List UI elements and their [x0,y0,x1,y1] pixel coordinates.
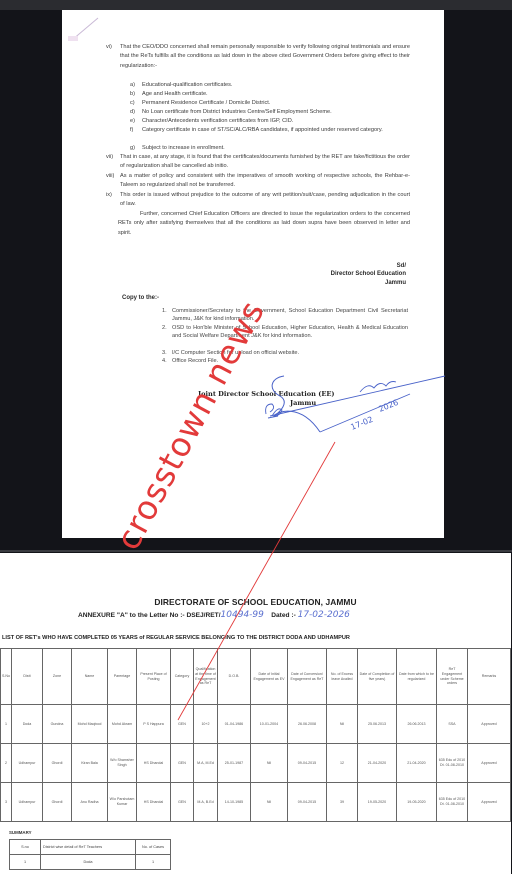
table-cell: Gundna [43,705,72,744]
table-cell: GEN [171,744,194,783]
letter-number-handwritten: 10494-99 [221,610,264,620]
table-cell: Nil [327,705,358,744]
column-header: Present Place of Posting [137,649,171,705]
sub-item-e: e)Character/Antecedents verification cer… [142,117,412,126]
viewer-top-bar [0,0,512,10]
column-header: D.O.B. [218,649,251,705]
further-paragraph: Further, concerned Chief Education Offic… [118,210,410,238]
table-cell: 1 [1,705,12,744]
table-cell: 09-04-2015 [288,744,327,783]
dated-label: Dated :- [271,612,296,619]
table-cell: Mohd Maqbool [72,705,108,744]
sub-item-g: g)Subject to increase in enrollment. [142,144,412,153]
table-cell: Anu Radha [72,783,108,822]
column-header: Date of Initial Engagement as EV [251,649,288,705]
sub-item-d: d)No Loan certificate from District Indu… [142,108,412,117]
summary-cell: District wise detail of ReT Teachers [41,840,136,855]
column-header: Remarks [468,649,511,705]
table-cell: 26.06.2008 [288,705,327,744]
copy-to-item-1: 1.Commissioner/Secretary to the Governme… [172,307,408,323]
table-cell: Mohd Akram [108,705,137,744]
annexure-letter-line: ANNEXURE "A" to the Letter No :- DSEJ/RE… [78,610,350,620]
column-header: Qualification at the time of Engagement … [194,649,218,705]
column-header: Name [72,649,108,705]
table-cell: 21-04-2020 [358,744,397,783]
copy-to-item-2: 2.OSD to Hon'ble Minister of School Educ… [172,324,408,340]
summary-cell: No. of Cases [136,840,171,855]
table-cell: 635 Edu of 2010 Dt. 01-08-2010 [437,783,468,822]
sd-mark: Sd/ [331,262,406,270]
summary-row: S.noDistrict wise detail of ReT Teachers… [10,840,171,855]
table-cell: GEN [171,705,194,744]
sub-item-c: c)Permanent Residence Certificate / Domi… [142,99,412,108]
summary-table: S.noDistrict wise detail of ReT Teachers… [9,839,171,870]
svg-text:2026: 2026 [377,398,399,414]
table-cell: 10-01-2004 [251,705,288,744]
table-cell: GEN [171,783,194,822]
summary-cell: 1 [136,855,171,870]
summary-title: SUMMARY [9,830,32,835]
table-cell: Udhampur [12,783,43,822]
table-cell: 12 [327,744,358,783]
annexure-label: ANNEXURE "A" to the Letter No :- DSEJ/RE… [78,612,221,619]
table-cell: M.A, M.Ed [194,744,218,783]
table-cell: Approved [468,744,511,783]
sub-item-b: b)Age and Health certificate. [142,90,412,99]
table-row: 1DodaGundnaMohd MaqboolMohd AkramP S Hap… [1,705,511,744]
initials-icon [262,398,286,422]
table-cell: P S Happura [137,705,171,744]
summary-cell: Doda [41,855,136,870]
table-cell: 10+2 [194,705,218,744]
column-header: ReT Engagement under Scheme orders [437,649,468,705]
column-header: Date of Conversion/ Engagement as ReT [288,649,327,705]
table-cell: M.A, B.Ed [194,783,218,822]
condition-item-viii: viii)As a matter of policy and consisten… [120,172,410,191]
table-cell: Approved [468,783,511,822]
annexure-title: DIRECTORATE OF SCHOOL EDUCATION, JAMMU [0,597,511,607]
sub-item-a: a)Educational-qualification certificates… [142,81,412,90]
table-cell: HS Dhandal [137,783,171,822]
column-header: Date from which to be regularized [397,649,437,705]
table-cell: 3 [1,783,12,822]
table-cell: 39 [327,783,358,822]
table-row: 3UdhampurGhordiAnu RadhaW/o Parshotam Ku… [1,783,511,822]
table-cell: W/o Parshotam Kumar [108,783,137,822]
column-header: Category [171,649,194,705]
condition-item-ix: ix)This order is issued without prejudic… [120,191,410,210]
table-cell: 26.06.2013 [397,705,437,744]
copy-to-heading: Copy to the:- [122,295,159,301]
summary-cell: S.no [10,840,41,855]
column-header: Distt [12,649,43,705]
director-designation: Director School Education [331,270,406,278]
table-cell: Kiran Bala [72,744,108,783]
column-header: Parentage [108,649,137,705]
list-title: LIST OF RET's WHO HAVE COMPLETED 05 YEAR… [2,635,350,641]
column-header: S.No [1,649,12,705]
table-cell: 25-01-1987 [218,744,251,783]
condition-item-vi: vi)That the CEO/DDO concerned shall rema… [120,43,410,71]
table-cell: HS Dhandal [137,744,171,783]
table-cell: 19-05-2020 [358,783,397,822]
column-header: Date of Completion of five years) [358,649,397,705]
table-cell: 01-04-1986 [218,705,251,744]
ink-mark-icon [68,14,104,44]
table-cell: Ghordi [43,744,72,783]
table-cell: 2 [1,744,12,783]
sub-item-f: f)Category certificate in case of ST/SC/… [142,126,412,135]
director-place: Jammu [331,279,406,287]
director-signature-block: Sd/ Director School Education Jammu [331,262,406,287]
ret-list-table: S.NoDisttZoneNameParentagePresent Place … [0,648,511,822]
table-cell: Doda [12,705,43,744]
condition-item-vii: vii)That in case, at any stage, it is fo… [120,153,410,172]
table-cell: 635 Edu of 2010 Dt. 01-08-2010 [437,744,468,783]
svg-text:17-02: 17-02 [349,415,374,432]
summary-row: 1Doda1 [10,855,171,870]
table-cell: Nil [251,744,288,783]
table-cell: 14-10-1985 [218,783,251,822]
summary-cell: 1 [10,855,41,870]
column-header: Zone [43,649,72,705]
table-row: 2UdhampurGhordiKiran BalaW/o Shamsher Si… [1,744,511,783]
table-cell: Approved [468,705,511,744]
table-cell: Ghordi [43,783,72,822]
table-cell: SSA [437,705,468,744]
table-cell: Nil [251,783,288,822]
table-cell: 25.06.2013 [358,705,397,744]
table-cell: 09-04-2015 [288,783,327,822]
page-divider [0,550,512,552]
table-cell: Udhampur [12,744,43,783]
table-cell: 19-05-2020 [397,783,437,822]
date-handwritten: 17-02-2026 [298,610,350,620]
column-header: No. of Excess leave Availed [327,649,358,705]
table-cell: 21-04-2020 [397,744,437,783]
table-cell: W/o Shamsher Singh [108,744,137,783]
